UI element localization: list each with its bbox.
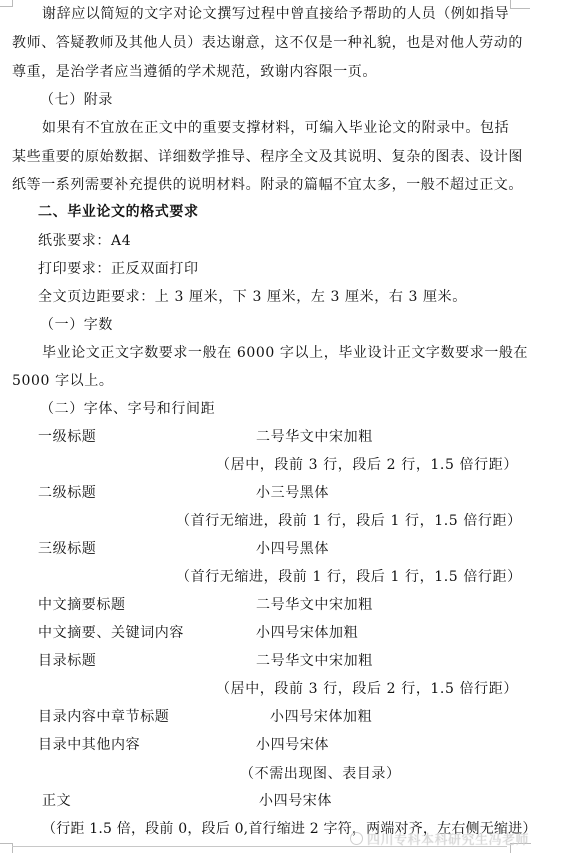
paper-requirement: 纸张要求：A4: [38, 232, 131, 250]
watermark: 四川专科本科研究生冯老师: [350, 829, 529, 848]
font-row-value: 小四号宋体加粗: [256, 624, 358, 642]
font-row-value: 小四号宋体: [256, 736, 329, 754]
appendix-line-2: 某些重要的原始数据、详细数学推导、程序全文及其说明、复杂的图表、设计图: [12, 148, 523, 166]
font-row-value: 小三号黑体: [256, 484, 329, 502]
font-row-value: 小四号黑体: [256, 540, 329, 558]
fonts-heading: （二）字体、字号和行间距: [40, 400, 215, 418]
watermark-text: 四川专科本科研究生冯老师: [367, 833, 529, 848]
page-corner-mark: [510, 8, 530, 9]
font-row-label: 中文摘要标题: [38, 596, 126, 614]
page-corner-mark: [0, 843, 13, 853]
font-row-value: 二号华文中宋加粗: [256, 652, 373, 670]
page-corner-mark: [0, 0, 13, 7]
font-row-note: （首行无缩进，段前 1 行，段后 1 行，1.5 倍行距）: [176, 568, 522, 586]
appendix-heading: （七）附录: [40, 91, 113, 109]
font-row-label: 目录标题: [38, 652, 96, 670]
appendix-line-1: 如果有不宜放在正文中的重要支撑材料，可编入毕业论文的附录中。包括: [42, 119, 509, 137]
font-row-note: （居中，段前 3 行，段后 2 行，1.5 倍行距）: [216, 456, 518, 474]
font-row-value: 小四号宋体加粗: [270, 708, 372, 726]
margin-requirement: 全文页边距要求：上 3 厘米，下 3 厘米，左 3 厘米，右 3 厘米。: [38, 288, 467, 306]
ack-line-1: 谢辞应以简短的文字对论文撰写过程中曾直接给予帮助的人员（例如指导: [42, 5, 509, 23]
font-row-value: 二号华文中宋加粗: [256, 428, 373, 446]
font-row-note: （居中，段前 3 行，段后 2 行，1.5 倍行距）: [216, 680, 518, 698]
appendix-line-3: 纸等一系列需要补充提供的说明材料。附录的篇幅不宜太多，一般不超过正文。: [12, 176, 523, 194]
document-page: 谢辞应以简短的文字对论文撰写过程中曾直接给予帮助的人员（例如指导 教师、答疑教师…: [0, 0, 567, 853]
font-row-value: 小四号宋体: [259, 792, 332, 810]
font-row-label: 一级标题: [38, 428, 96, 446]
font-row-label: 中文摘要、关键词内容: [38, 624, 184, 642]
ack-line-2: 教师、答疑教师及其他人员）表达谢意，这不仅是一种礼貌，也是对他人劳动的: [12, 34, 523, 52]
word-count-line-1: 毕业论文正文字数要求一般在 6000 字以上，毕业设计正文字数要求一般在: [42, 344, 528, 362]
font-row-note: （不需出现图、表目录）: [240, 765, 401, 783]
font-row-note: （首行无缩进，段前 1 行，段后 1 行，1.5 倍行距）: [176, 512, 522, 530]
format-section-heading: 二、毕业论文的格式要求: [38, 203, 199, 221]
font-row-value: 二号华文中宋加粗: [256, 596, 373, 614]
word-count-line-2: 5000 字以上。: [12, 372, 113, 390]
ack-line-3: 尊重，是治学者应当遵循的学术规范，致谢内容限一页。: [12, 63, 377, 81]
font-row-label: 正文: [42, 792, 71, 810]
weibo-logo-icon: [350, 832, 363, 845]
page-corner-mark: [510, 0, 511, 8]
font-row-label: 目录中其他内容: [38, 736, 140, 754]
font-row-label: 目录内容中章节标题: [38, 708, 169, 726]
word-count-heading: （一）字数: [40, 316, 113, 334]
font-row-label: 二级标题: [38, 484, 96, 502]
font-row-label: 三级标题: [38, 540, 96, 558]
printing-requirement: 打印要求：正反双面打印: [38, 260, 199, 278]
